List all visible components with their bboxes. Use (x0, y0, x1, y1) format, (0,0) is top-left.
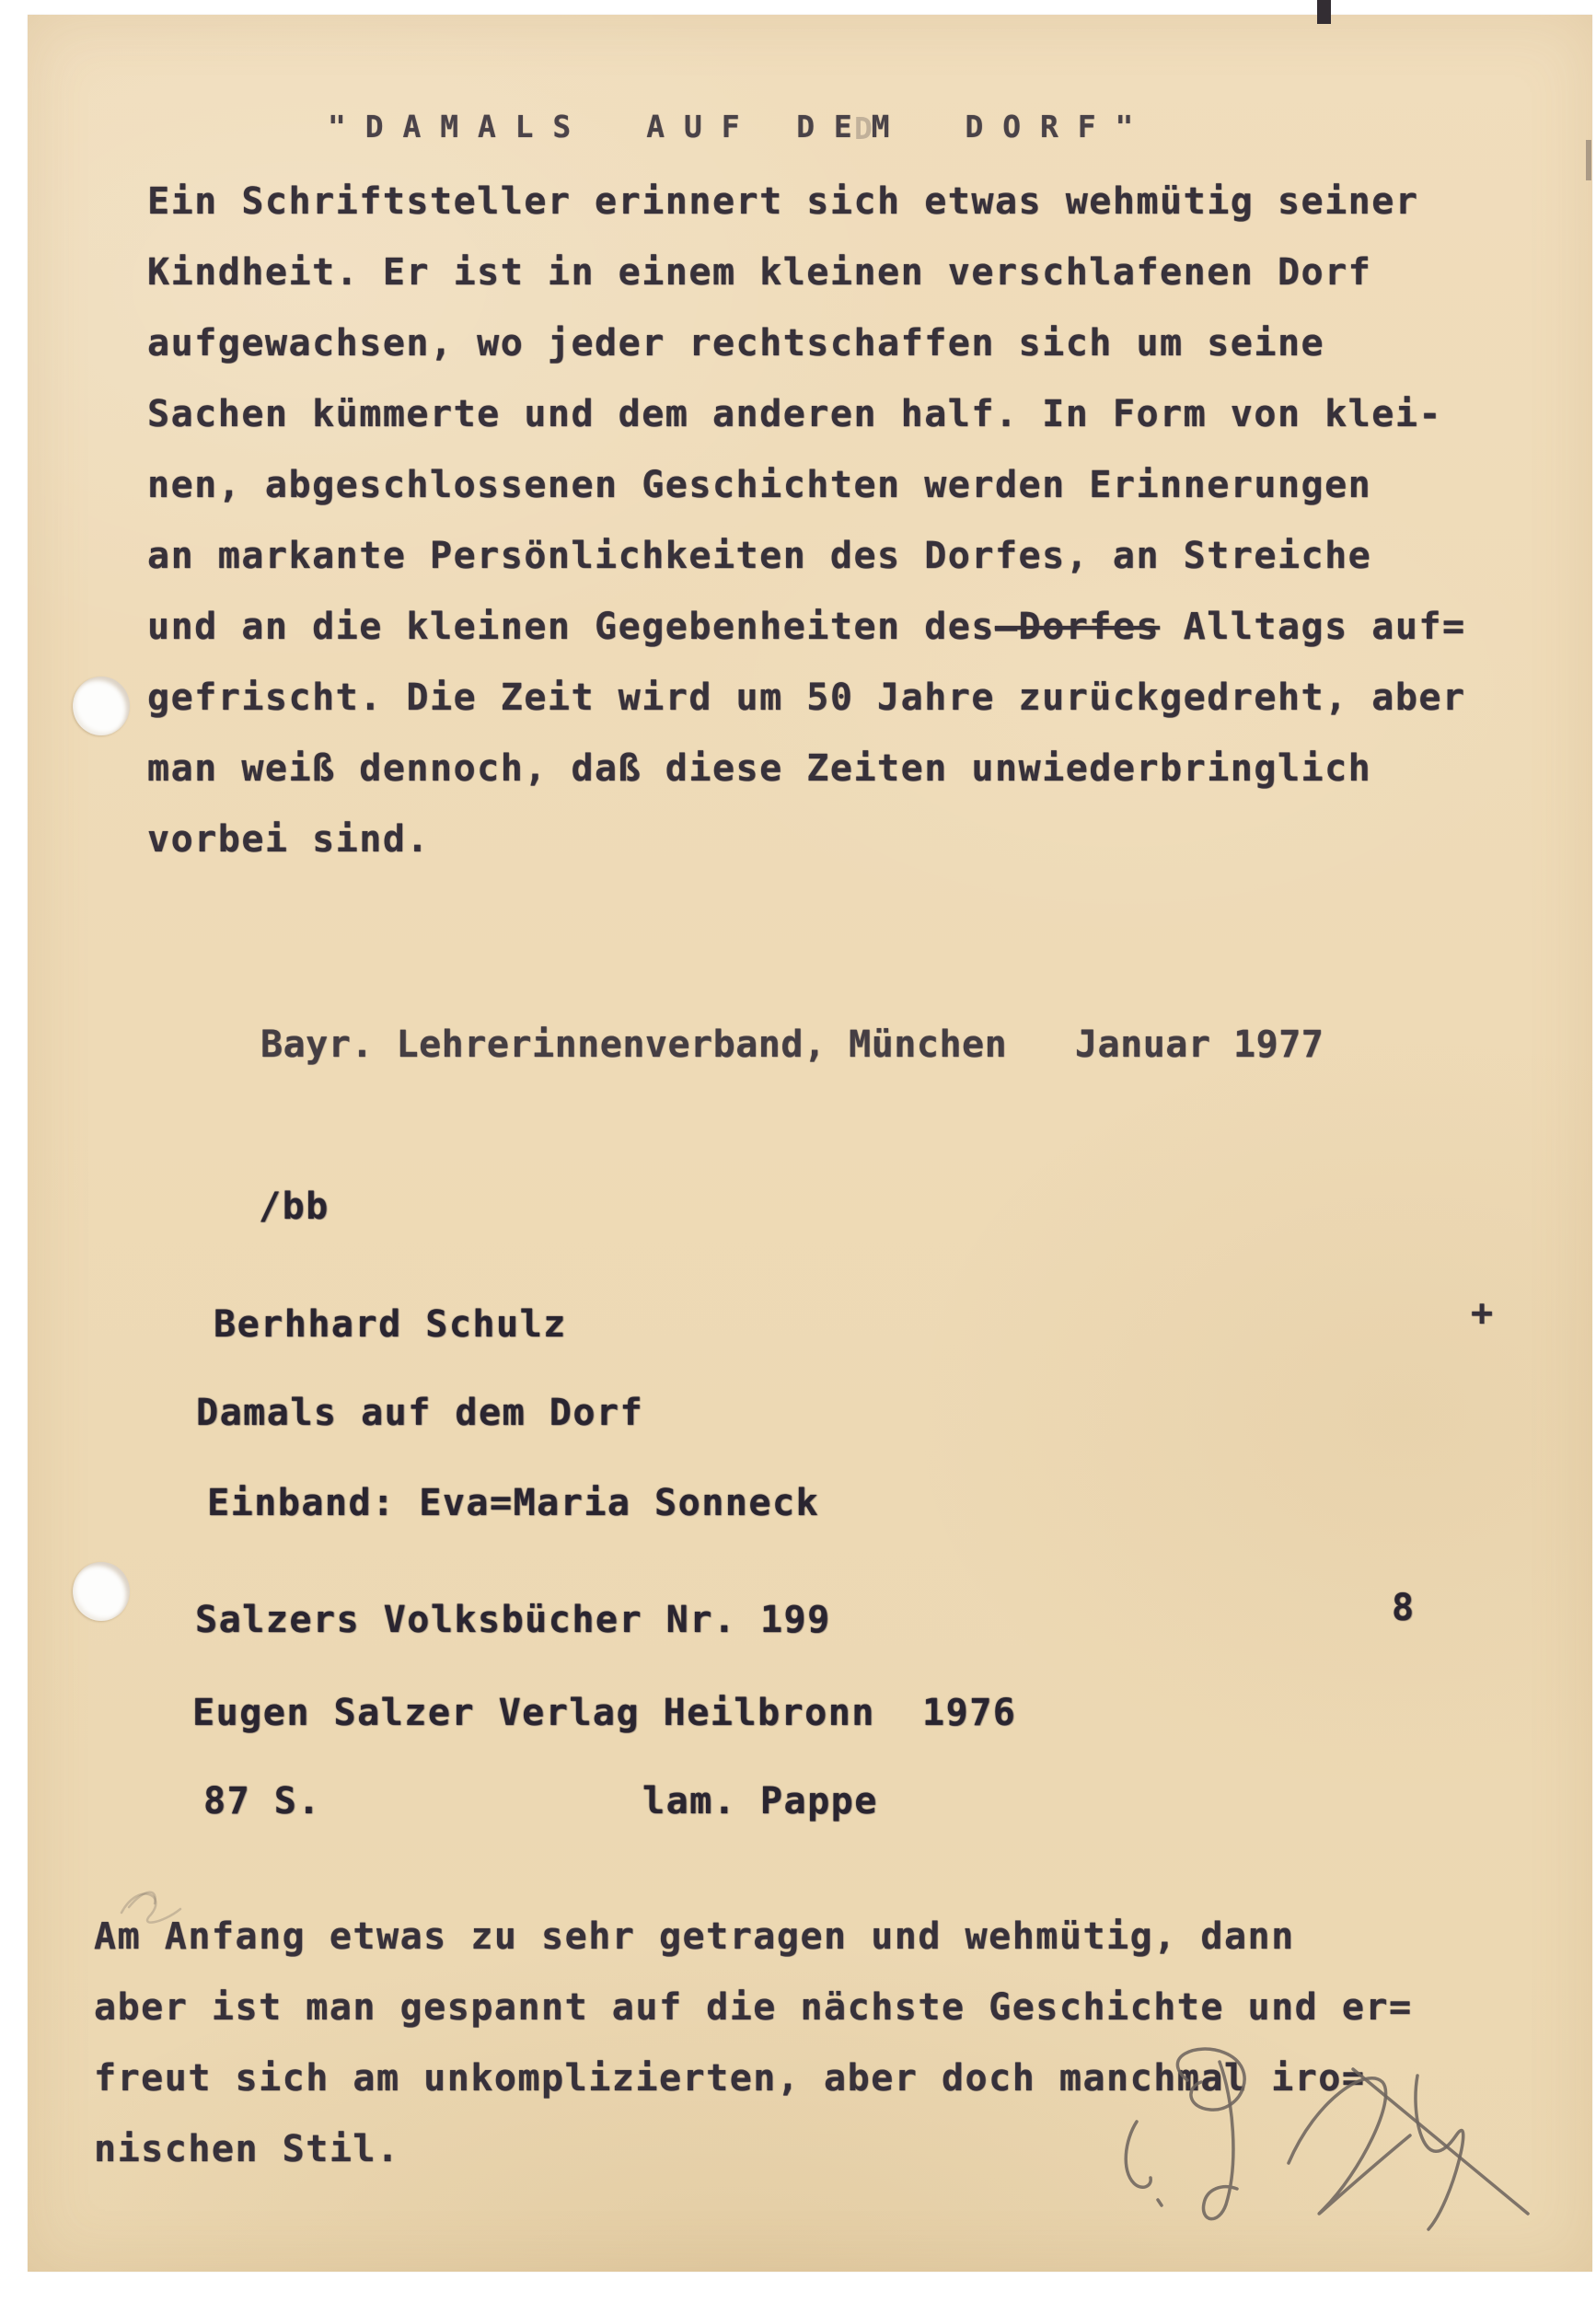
review-line-6: an markante Persönlichkeiten des Dorfes,… (147, 535, 1371, 577)
verdict-line-4: nischen Stil. (94, 2128, 400, 2170)
pencil-smudge (110, 1869, 230, 1942)
strikethrough-word: –Dorfes (995, 606, 1160, 648)
binding-format: lam. Pappe (642, 1780, 878, 1822)
page-count: 87 S. (203, 1780, 321, 1822)
review-line-7: und an die kleinen Gegebenheiten des–Dor… (147, 606, 1466, 648)
review-line-10: vorbei sind. (147, 818, 430, 861)
review-line-2: Kindheit. Er ist in einem kleinen versch… (147, 251, 1371, 294)
review-line-1: Ein Schriftsteller erinnert sich etwas w… (147, 180, 1418, 223)
verdict-line-2: aber ist man gespannt auf die nächste Ge… (94, 1986, 1413, 2029)
review-line-3: aufgewachsen, wo jeder rechtschaffen sic… (147, 322, 1324, 364)
review-line-9: man weiß dennoch, daß diese Zeiten unwie… (147, 747, 1371, 790)
punch-hole-bottom (73, 1562, 130, 1621)
punch-hole-top (73, 677, 130, 735)
scan-artifact-mark (1317, 0, 1331, 24)
book-title-line: Damals auf dem Dorf (196, 1392, 643, 1434)
copy-number: 8 (1392, 1587, 1416, 1629)
scanned-typescript-page: { "title": { "text": "\" D A M A L S A U… (0, 0, 1596, 2314)
scan-artifact-mark (1586, 140, 1591, 180)
review-line-8: gefrischt. Die Zeit wird um 50 Jahre zur… (147, 677, 1466, 719)
credit-line: Bayr. Lehrerinnenverband, München Januar… (260, 1024, 1324, 1066)
publisher-line: Eugen Salzer Verlag Heilbronn 1976 (192, 1692, 1016, 1734)
document-title: " D A M A L S A U F D E M D O R F " (328, 109, 1134, 145)
typist-initials: /bb (259, 1186, 330, 1228)
ghost-letter: D (854, 110, 873, 146)
review-line-7-pre: und an die kleinen Gegebenheiten des (147, 606, 995, 648)
series-line: Salzers Volksbücher Nr. 199 (195, 1599, 831, 1641)
signature (1049, 2025, 1565, 2264)
verdict-line-1: Am Anfang etwas zu sehr getragen und weh… (94, 1915, 1295, 1958)
plus-mark: + (1471, 1292, 1495, 1335)
author-line: Berhhard Schulz (214, 1303, 567, 1346)
review-line-7-post: Alltags auf= (1160, 606, 1466, 648)
review-line-5: nen, abgeschlossenen Geschichten werden … (147, 464, 1371, 506)
review-line-4: Sachen kümmerte und dem anderen half. In… (147, 393, 1442, 435)
binding-line: Einband: Eva=Maria Sonneck (207, 1482, 819, 1524)
